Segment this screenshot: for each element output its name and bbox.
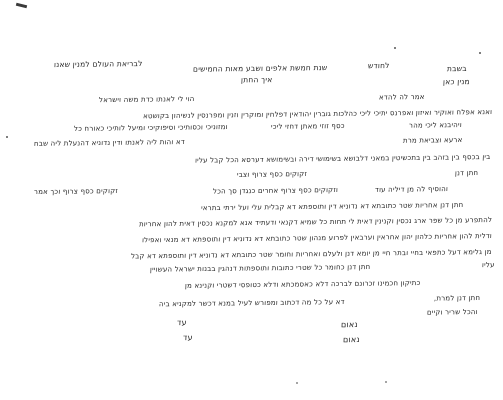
scan-speck	[6, 136, 8, 138]
scan-speck	[385, 381, 387, 383]
ketubah-line-obligations: ואנא אפלח ואוקיר ואיזון ואפרנס יתיכי ליכ…	[143, 108, 492, 120]
ketubah-min-glima: מן גלימא דעל כתפאי בחיי ובתר חיי מן יומא…	[131, 248, 492, 260]
ketubah-sharir-vekayam: והכל שריר וקיים	[427, 308, 478, 317]
ketubah-word-lachodesh: לחודש	[368, 61, 390, 70]
ketubah-ketikun-chachamim: כתיקון חכמינו זכרונם לברכה דלא כאסמכתא ו…	[184, 279, 420, 290]
scan-speck	[16, 3, 27, 9]
ketubah-document-scan: בשבת לחודש שנת חמשת אלפים ושבע מאות החמי…	[0, 0, 503, 400]
signature-ed-1: עד	[177, 318, 187, 327]
ketubah-livriat-haolam: לבריאת העולם למנין שאנו	[54, 59, 143, 69]
ketubah-lehitpara: להתפרע מן כל שפר ארג נכסין וקנינין דאית …	[139, 216, 492, 228]
ketubah-hosif-la: והוסיף לה מן דיליה עוד	[375, 185, 448, 194]
ketubah-minyan-kan: מנין כאן	[443, 77, 470, 86]
ketubah-zekukim-1: זקוקים כסף צרוף וצבי	[237, 170, 307, 179]
ketubah-dowry-items: בין בכסף בין בזהב בין בתכשיטין במאני דלב…	[194, 153, 490, 165]
ketubah-zekukim-3: זקוקים כסף צרוף וכך אמר	[34, 187, 118, 196]
scan-speck	[479, 52, 481, 54]
ketubah-chatan-lemarat: חתן דנן למרת,	[434, 294, 481, 303]
ketubah-mohar-1: ויהיבנא ליכי מהר	[409, 121, 462, 130]
ketubah-year-phrase: שנת חמשת אלפים ושבע מאות החמישים	[192, 63, 327, 74]
ketubah-mohar-3: ומזוניכי וכסותיכי וסיפוקיכי ומיעל לותיכי…	[74, 123, 228, 133]
ketubah-achrayut-declaration: חתן דנן אחריות שטר כתובתא דא נדוניא דין …	[200, 201, 463, 212]
signature-neum-1: נאום	[341, 320, 358, 329]
signature-ed-2: עד	[183, 333, 193, 342]
ketubah-bride-consent: ארעא וצביאת מרת	[402, 136, 462, 145]
ketubah-da-al-kol: דא על כל מה דכתוב ומפורש לעיל במנא דכשר …	[159, 298, 345, 308]
ketubah-chatan-denan-1: חתן דנן	[455, 169, 479, 177]
scan-speck	[394, 47, 396, 49]
ketubah-dowry-intro: דא והות ליה לאנתו ודין נדוניא דהנעלת ליה…	[34, 138, 185, 148]
ketubah-word-beshabbat: בשבת	[447, 64, 467, 73]
ketubah-kechomer: חתן דנן כחומר כל שטרי כתובות ותוספתות דנ…	[149, 263, 370, 274]
scan-speck	[296, 382, 298, 384]
ketubah-zekukim-2: וזקוקים כסף צרוף אחרים כנגדן סך הכל	[213, 186, 338, 196]
signature-neum-2: נאום	[343, 335, 360, 344]
ketubah-alav: עליו	[482, 261, 495, 269]
ketubah-amar-la: אמר לה להדא	[379, 93, 425, 102]
ketubah-mohar-2: כסף זוזי מאתן דחזי ליכי	[271, 122, 345, 131]
ketubah-udlit-lehon: ודלית להון אחריות כלהון יהון אחראין וערב…	[142, 232, 492, 244]
ketubah-eich-hechatan: איך החתן	[240, 75, 272, 84]
ketubah-havi-li-leintu: הוי לי לאנתו כדת משה וישראל	[99, 95, 195, 104]
